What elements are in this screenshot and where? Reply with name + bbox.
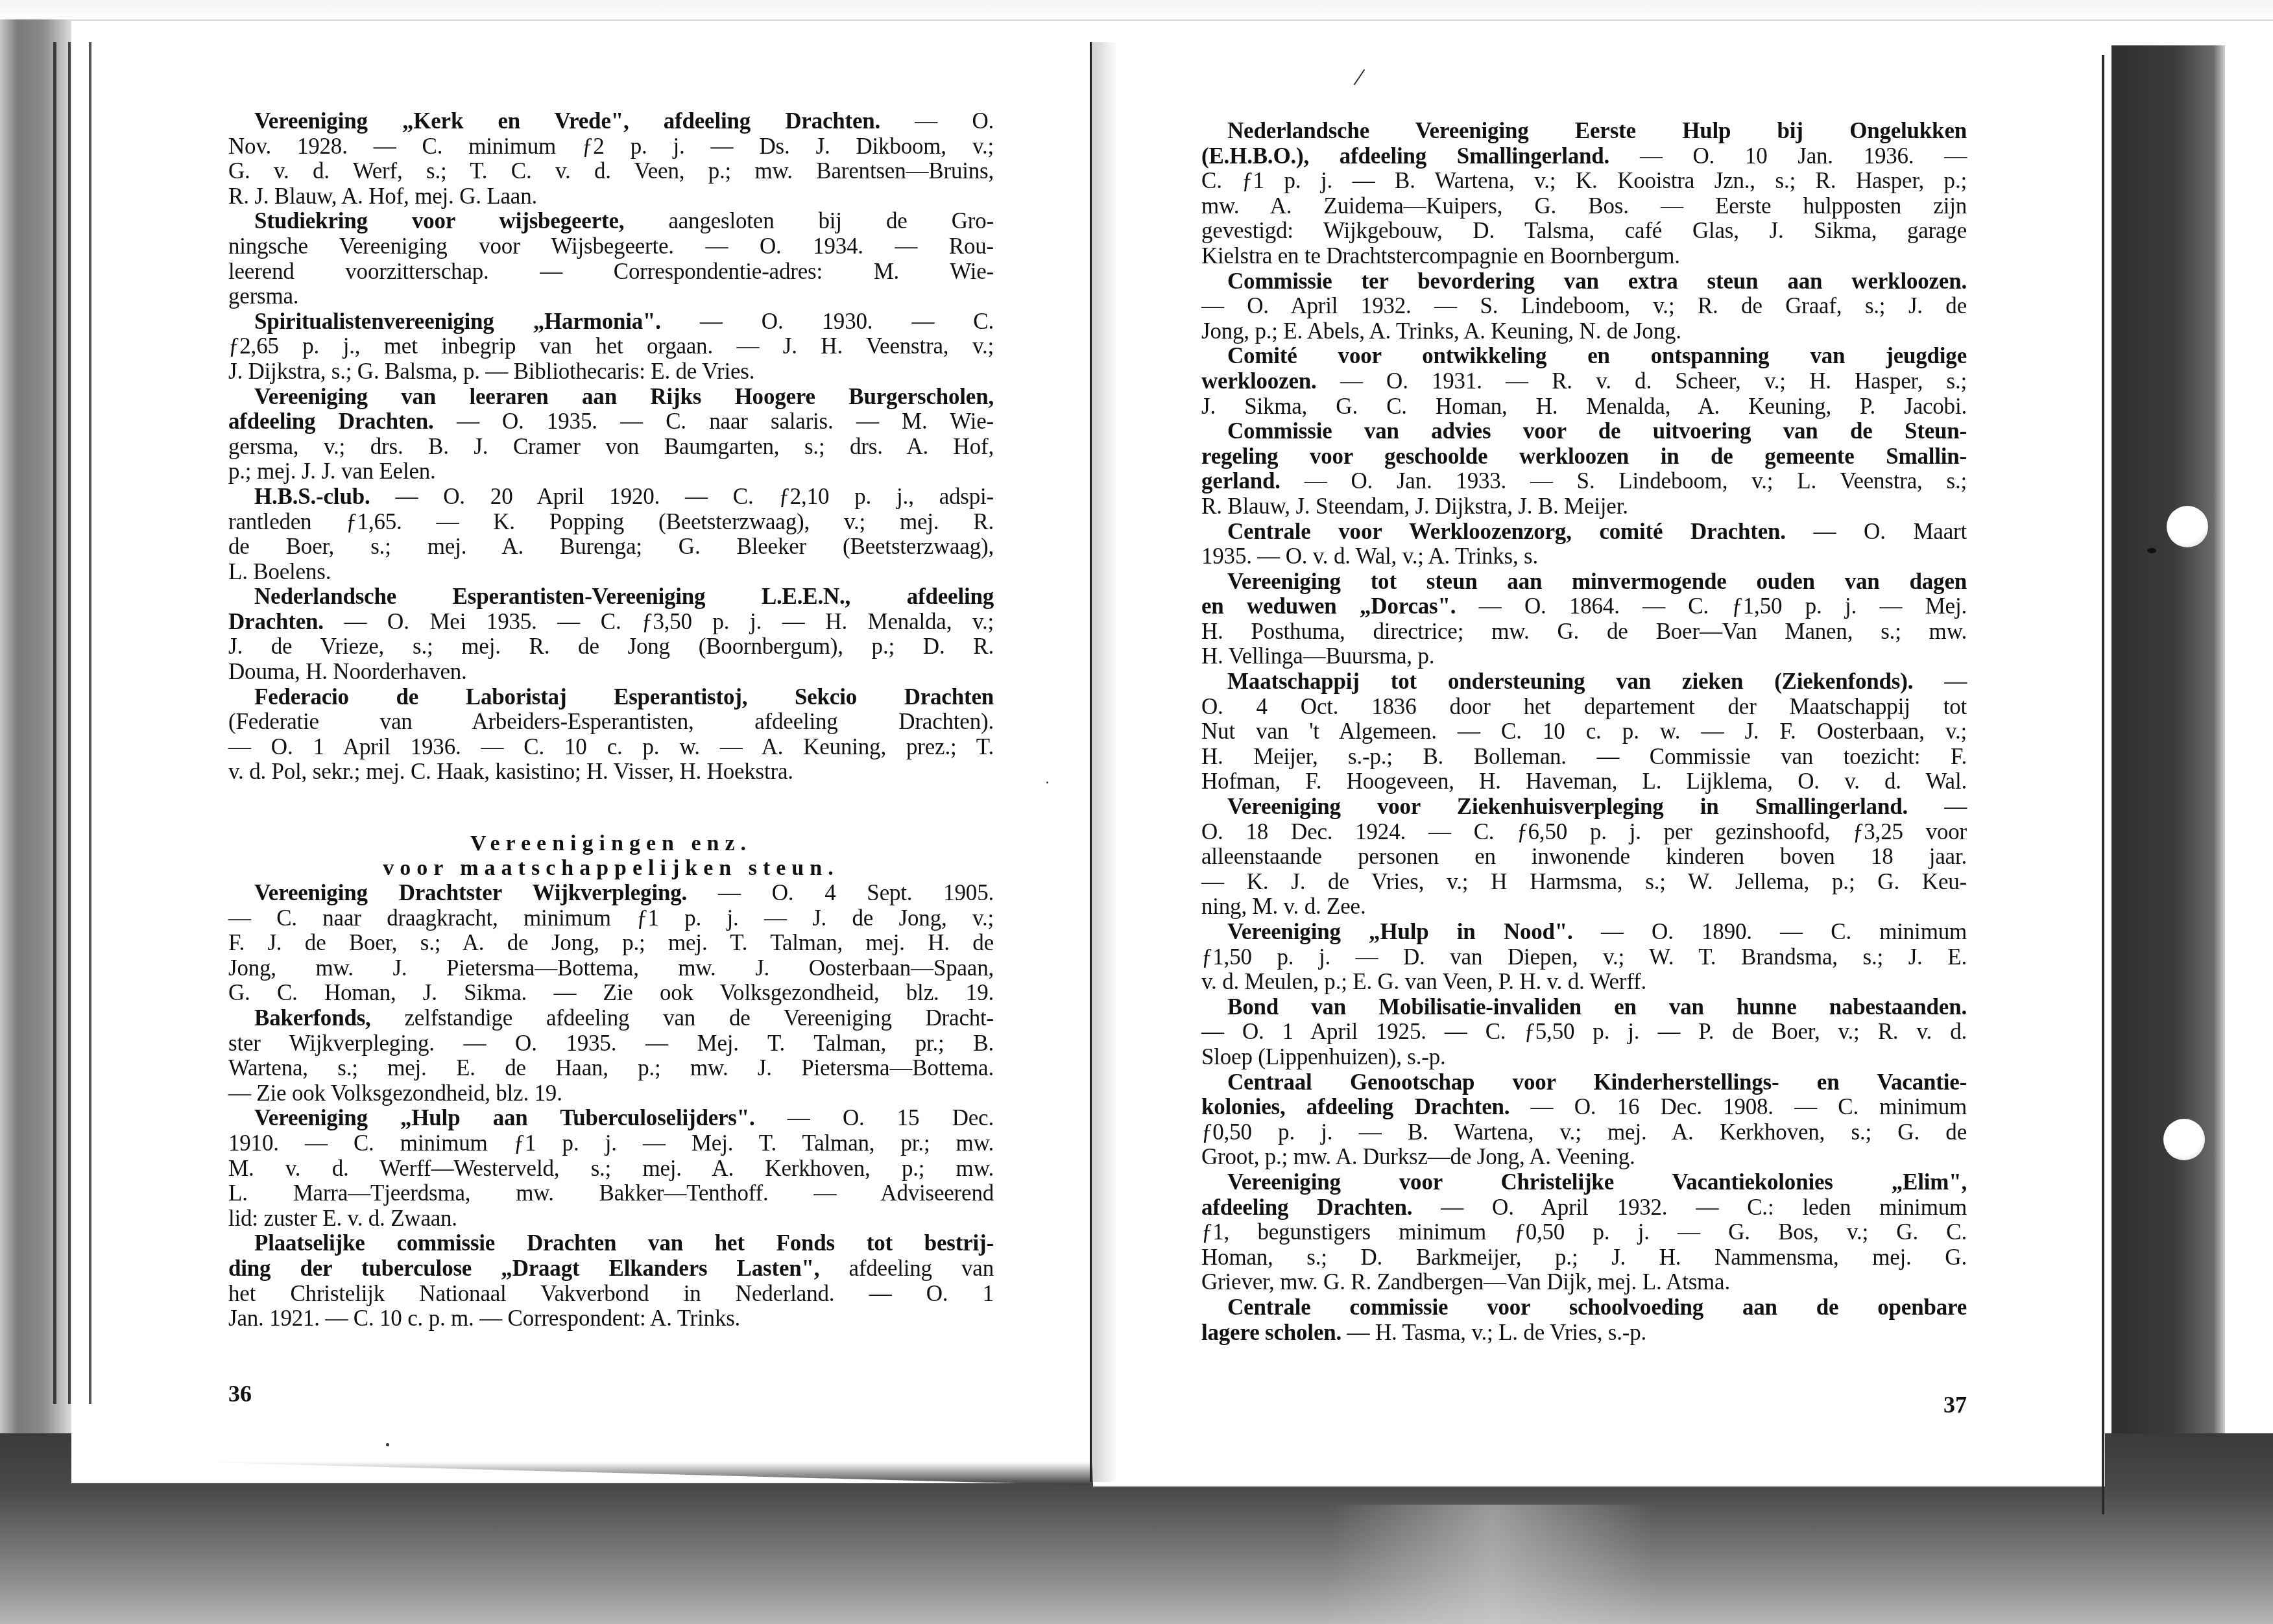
entry-details: — O. 4 Sept. 1905. — [687, 880, 994, 905]
entry-organization-name: Centrale voor Werkloozenzorg, comité Dra… — [1227, 519, 1786, 544]
entry-line: H.B.S.-club. — O. 20 April 1920. — C. ƒ2… — [228, 484, 994, 510]
entry-details: O. 4 Oct. 1836 door het departement der … — [1201, 694, 1967, 719]
entry-line: F. J. de Boer, s.; A. de Jong, p.; mej. … — [228, 931, 994, 956]
entry-details: — Zie ook Volksgezondheid, blz. 19. — [228, 1081, 562, 1106]
entry-organization-name: Federacio de Laboristaj Esperantistoj, S… — [254, 684, 994, 710]
entry-details: — — [1913, 669, 1967, 694]
directory-entry: Vereeniging „Hulp aan Tuberculoselijders… — [228, 1106, 994, 1231]
entry-line: O. 4 Oct. 1836 door het departement der … — [1201, 695, 1967, 720]
entry-line: Centrale commissie voor schoolvoeding aa… — [1201, 1295, 1967, 1320]
section-heading-line-1: Vereenigingen enz. — [228, 831, 994, 856]
entry-line: Nederlandsche Vereeniging Eerste Hulp bi… — [1201, 119, 1967, 144]
entry-line: Centrale voor Werkloozenzorg, comité Dra… — [1201, 519, 1967, 545]
entry-line: rantleden ƒ1,65. — K. Popping (Beetsterz… — [228, 510, 994, 535]
entry-details: J. Sikma, G. C. Homan, H. Menalda, A. Ke… — [1201, 394, 1967, 419]
entry-details: Jong, p.; E. Abels, A. Trinks, A. Keunin… — [1201, 318, 1681, 344]
entry-organization-name: Vereeniging „Hulp aan Tuberculoselijders… — [254, 1105, 755, 1130]
entry-line: gersma, v.; drs. B. J. Cramer von Baumga… — [228, 435, 994, 460]
entry-line: p.; mej. J. J. van Eelen. — [228, 459, 994, 484]
entry-line: (Federatie van Arbeiders-Esperantisten, … — [228, 710, 994, 735]
entry-details: ƒ2,65 p. j., met inbegrip van het orgaan… — [228, 333, 994, 359]
entry-line: J. Sikma, G. C. Homan, H. Menalda, A. Ke… — [1201, 394, 1967, 420]
directory-entry: Centraal Genootschap voor Kinderherstell… — [1201, 1070, 1967, 1170]
directory-entry: Plaatselijke commissie Drachten van het … — [228, 1231, 994, 1331]
entry-line: ding der tuberculose „Draagt Elkanders L… — [228, 1256, 994, 1282]
entry-line: Nut van 't Algemeen. — C. 10 c. p. w. — … — [1201, 719, 1967, 745]
entry-line: Kielstra en te Drachtstercompagnie en Bo… — [1201, 244, 1967, 269]
directory-entry: Bond van Mobilisatie-invaliden en van hu… — [1201, 995, 1967, 1070]
entry-line: H. Vellinga—Buursma, p. — [1201, 644, 1967, 669]
left-entries-after-heading: Vereeniging Drachtster Wijkverpleging. —… — [228, 881, 994, 1331]
entry-organization-name: kolonies, afdeeling Drachten. — [1201, 1094, 1509, 1119]
entry-line: 1910. — C. minimum ƒ1 p. j. — Mej. T. Ta… — [228, 1131, 994, 1156]
entry-details: Douma, H. Noorderhaven. — [228, 659, 467, 684]
entry-details: — O. 1890. — C. minimum — [1573, 919, 1967, 944]
dust-speck — [386, 1443, 389, 1446]
directory-entry: Vereeniging tot steun aan minvermogende … — [1201, 569, 1967, 669]
entry-details: (Federatie van Arbeiders-Esperantisten, … — [228, 709, 994, 734]
entry-details: J. Dijkstra, s.; G. Balsma, p. — Bibliot… — [228, 359, 754, 384]
entry-details: rantleden ƒ1,65. — K. Popping (Beetsterz… — [228, 509, 994, 534]
entry-line: leerend voorzitterschap. — Correspondent… — [228, 259, 994, 285]
entry-details: de Boer, s.; mej. A. Burenga; G. Bleeker… — [228, 534, 994, 559]
entry-details: — O. Jan. 1933. — S. Lindeboom, v.; L. V… — [1281, 468, 1967, 494]
directory-entry: Vereeniging voor Ziekenhuisverpleging in… — [1201, 794, 1967, 920]
entry-line: gevestigd: Wijkgebouw, D. Talsma, café G… — [1201, 219, 1967, 244]
entry-details: — O. 1 April 1925. — C. ƒ5,50 p. j. — P.… — [1201, 1019, 1967, 1044]
entry-details: het Christelijk Nationaal Vakverbond in … — [228, 1281, 994, 1306]
entry-details: gersma. — [228, 283, 298, 309]
entry-line: Centraal Genootschap voor Kinderherstell… — [1201, 1070, 1967, 1095]
entry-organization-name: Plaatselijke commissie Drachten van het … — [254, 1230, 994, 1256]
entry-details: ƒ0,50 p. j. — B. Wartena, v.; mej. A. Ke… — [1201, 1119, 1967, 1145]
entry-line: R. J. Blauw, A. Hof, mej. G. Laan. — [228, 184, 994, 209]
entry-organization-name: lagere scholen. — [1201, 1320, 1341, 1345]
directory-entry: Vereeniging Drachtster Wijkverpleging. —… — [228, 881, 994, 1006]
entry-details: J. de Vrieze, s.; mej. R. de Jong (Boorn… — [228, 634, 994, 659]
directory-entry: Vereeniging „Kerk en Vrede", afdeeling D… — [228, 109, 994, 209]
entry-organization-name: afdeeling Drachten. — [228, 409, 434, 434]
entry-details: — O. 1935. — C. naar salaris. — M. Wie- — [434, 409, 994, 434]
entry-details: — O. Mei 1935. — C. ƒ3,50 p. j. — H. Men… — [324, 609, 994, 634]
entry-line: Drachten. — O. Mei 1935. — C. ƒ3,50 p. j… — [228, 610, 994, 635]
entry-details: — O. 1864. — C. ƒ1,50 p. j. — Mej. — [1456, 593, 1967, 619]
entry-line: werkloozen. — O. 1931. — R. v. d. Scheer… — [1201, 369, 1967, 394]
directory-entry: Commissie ter bevordering van extra steu… — [1201, 269, 1967, 344]
entry-organization-name: Spiritualistenvereeniging „Harmonia". — [254, 309, 661, 334]
entry-organization-name: Bakerfonds, — [254, 1005, 371, 1031]
entry-line: — Zie ook Volksgezondheid, blz. 19. — [228, 1081, 994, 1106]
entry-line: gerland. — O. Jan. 1933. — S. Lindeboom,… — [1201, 469, 1967, 494]
entry-line: ƒ0,50 p. j. — B. Wartena, v.; mej. A. Ke… — [1201, 1120, 1967, 1145]
entry-line: Vereeniging van leeraren aan Rijks Hooge… — [228, 385, 994, 410]
directory-entry: Nederlandsche Esperantisten-Vereeniging … — [228, 584, 994, 684]
entry-line: Studiekring voor wijsbegeerte, aangeslot… — [228, 209, 994, 234]
entry-details: mw. A. Zuidema—Kuipers, G. Bos. — Eerste… — [1201, 193, 1967, 219]
entry-details: — O. April 1932. — C.: leden minimum — [1412, 1195, 1967, 1220]
entry-line: — C. naar draagkracht, minimum ƒ1 p. j. … — [228, 906, 994, 931]
entry-line: Vereeniging Drachtster Wijkverpleging. —… — [228, 881, 994, 906]
entry-details: Jong, mw. J. Pietersma—Bottema, mw. J. O… — [228, 955, 994, 981]
entry-details: ningsche Vereeniging voor Wijsbegeerte. … — [228, 233, 994, 259]
entry-organization-name: Commissie van advies voor de uitvoering … — [1227, 418, 1967, 444]
entry-line: gersma. — [228, 284, 994, 309]
entry-line: Bond van Mobilisatie-invaliden en van hu… — [1201, 995, 1967, 1020]
entry-details: leerend voorzitterschap. — Correspondent… — [228, 259, 994, 284]
punch-hole-lower — [2163, 1119, 2205, 1160]
entry-line: Vereeniging tot steun aan minvermogende … — [1201, 569, 1967, 595]
entry-details: ƒ1,50 p. j. — D. van Diepen, v.; W. T. B… — [1201, 944, 1967, 970]
entry-line: Federacio de Laboristaj Esperantistoj, S… — [228, 685, 994, 710]
entry-line: 1935. — O. v. d. Wal, v.; A. Trinks, s. — [1201, 544, 1967, 569]
entry-details: Sloep (Lippenhuizen), s.-p. — [1201, 1044, 1446, 1069]
entry-details: — O. Maart — [1786, 519, 1967, 544]
entry-organization-name: Vereeniging „Kerk en Vrede", afdeeling D… — [254, 108, 880, 134]
entry-line: — K. J. de Vries, v.; H Harmsma, s.; W. … — [1201, 870, 1967, 895]
entry-line: afdeeling Drachten. — O. April 1932. — C… — [1201, 1195, 1967, 1221]
entry-details: Hofman, F. Hoogeveen, H. Haveman, L. Lij… — [1201, 769, 1967, 794]
entry-line: Vereeniging voor Ziekenhuisverpleging in… — [1201, 794, 1967, 820]
entry-details: O. 18 Dec. 1924. — C. ƒ6,50 p. j. per ge… — [1201, 819, 1967, 844]
directory-entry: Maatschappij tot ondersteuning van zieke… — [1201, 669, 1967, 794]
entry-line: Wartena, s.; mej. E. de Haan, p.; mw. J.… — [228, 1056, 994, 1081]
entry-line: ƒ2,65 p. j., met inbegrip van het orgaan… — [228, 334, 994, 359]
entry-line: Hofman, F. Hoogeveen, H. Haveman, L. Lij… — [1201, 769, 1967, 794]
ink-mark — [2147, 548, 2156, 553]
left-page-text-column: Vereeniging „Kerk en Vrede", afdeeling D… — [228, 109, 994, 1331]
right-book-edge-shadow — [2111, 45, 2225, 1518]
entry-line: Jong, mw. J. Pietersma—Bottema, mw. J. O… — [228, 956, 994, 981]
entry-details: 1910. — C. minimum ƒ1 p. j. — Mej. T. Ta… — [228, 1130, 994, 1156]
entry-organization-name: werkloozen. — [1201, 368, 1317, 394]
directory-entry: Federacio de Laboristaj Esperantistoj, S… — [228, 685, 994, 785]
section-heading-line-2: voor maatschappelijken steun. — [228, 856, 994, 881]
entry-line: Spiritualistenvereeniging „Harmonia". — … — [228, 309, 994, 335]
entry-details: F. J. de Boer, s.; A. de Jong, p.; mej. … — [228, 930, 994, 955]
entry-details: — O. — [880, 108, 994, 134]
entry-details: Jan. 1921. — C. 10 c. p. m. — Correspond… — [228, 1306, 740, 1331]
right-page-text-column: Nederlandsche Vereeniging Eerste Hulp bi… — [1201, 119, 1967, 1345]
entry-line: Commissie van advies voor de uitvoering … — [1201, 419, 1967, 444]
entry-organization-name: Centrale commissie voor schoolvoeding aa… — [1227, 1295, 1967, 1320]
entry-line: H. Posthuma, directrice; mw. G. de Boer—… — [1201, 619, 1967, 645]
entry-details: gersma, v.; drs. B. J. Cramer von Baumga… — [228, 434, 994, 459]
scanner-top-margin — [0, 0, 2273, 21]
entry-line: lagere scholen. — H. Tasma, v.; L. de Vr… — [1201, 1320, 1967, 1346]
entry-details: — H. Tasma, v.; L. de Vries, s.-p. — [1341, 1320, 1646, 1345]
entry-line: Jong, p.; E. Abels, A. Trinks, A. Keunin… — [1201, 319, 1967, 344]
entry-line: ƒ1, begunstigers minimum ƒ0,50 p. j. — G… — [1201, 1220, 1967, 1245]
entry-details: aangesloten bij de Gro- — [624, 208, 994, 233]
punch-hole-upper — [2167, 506, 2208, 547]
entry-details: — O. 1 April 1936. — C. 10 c. p. w. — A.… — [228, 734, 994, 759]
entry-details: H. Vellinga—Buursma, p. — [1201, 643, 1434, 669]
entry-line: Maatschappij tot ondersteuning van zieke… — [1201, 669, 1967, 695]
entry-details: Kielstra en te Drachtstercompagnie en Bo… — [1201, 243, 1680, 269]
entry-organization-name: Nederlandsche Vereeniging Eerste Hulp bi… — [1227, 118, 1967, 143]
entry-line: — O. 1 April 1936. — C. 10 c. p. w. — A.… — [228, 735, 994, 760]
entry-line: Sloep (Lippenhuizen), s.-p. — [1201, 1045, 1967, 1070]
entry-line: — O. 1 April 1925. — C. ƒ5,50 p. j. — P.… — [1201, 1020, 1967, 1045]
entry-line: ningsche Vereeniging voor Wijsbegeerte. … — [228, 234, 994, 259]
entry-organization-name: Centraal Genootschap voor Kinderherstell… — [1227, 1069, 1967, 1095]
entry-line: — O. April 1932. — S. Lindeboom, v.; R. … — [1201, 294, 1967, 319]
section-spacer — [228, 785, 994, 831]
entry-line: Comité voor ontwikkeling en ontspanning … — [1201, 344, 1967, 369]
entry-line: ster Wijkverpleging. — O. 1935. — Mej. T… — [228, 1031, 994, 1057]
entry-line: Groot, p.; mw. A. Durksz—de Jong, A. Vee… — [1201, 1145, 1967, 1170]
entry-organization-name: Maatschappij tot ondersteuning van zieke… — [1227, 669, 1913, 694]
entry-line: afdeeling Drachten. — O. 1935. — C. naar… — [228, 409, 994, 435]
entry-organization-name: Vereeniging „Hulp in Nood". — [1227, 919, 1573, 944]
entry-line: mw. A. Zuidema—Kuipers, G. Bos. — Eerste… — [1201, 194, 1967, 219]
entry-details: H. Meijer, s.-p.; B. Bolleman. — Commiss… — [1201, 744, 1967, 769]
entry-line: Griever, mw. G. R. Zandbergen—Van Dijk, … — [1201, 1270, 1967, 1295]
directory-entry: Vereeniging van leeraren aan Rijks Hooge… — [228, 385, 994, 484]
entry-organization-name: Vereeniging voor Christelijke Vacantieko… — [1227, 1169, 1967, 1195]
entry-line: Nov. 1928. — C. minimum ƒ2 p. j. — Ds. J… — [228, 134, 994, 160]
entry-line: v. d. Pol, sekr.; mej. C. Haak, kasistin… — [228, 759, 994, 785]
entry-line: R. Blauw, J. Steendam, J. Dijkstra, J. B… — [1201, 494, 1967, 519]
entry-line: J. Dijkstra, s.; G. Balsma, p. — Bibliot… — [228, 359, 994, 385]
entry-organization-name: Vereeniging van leeraren aan Rijks Hooge… — [254, 384, 994, 409]
entry-organization-name: Nederlandsche Esperantisten-Vereeniging … — [254, 584, 994, 609]
entry-details: — — [1908, 794, 1967, 819]
left-entries-before-heading: Vereeniging „Kerk en Vrede", afdeeling D… — [228, 109, 994, 785]
entry-details: — O. 1931. — R. v. d. Scheer, v.; H. Has… — [1317, 368, 1967, 394]
entry-details: afdeeling van — [819, 1256, 994, 1281]
entry-details: 1935. — O. v. d. Wal, v.; A. Trinks, s. — [1201, 543, 1538, 569]
entry-details: ning, M. v. d. Zee. — [1201, 894, 1365, 919]
entry-line: Jan. 1921. — C. 10 c. p. m. — Correspond… — [228, 1306, 994, 1331]
entry-line: Commissie ter bevordering van extra steu… — [1201, 269, 1967, 294]
entry-organization-name: gerland. — [1201, 468, 1281, 494]
entry-line: J. de Vrieze, s.; mej. R. de Jong (Boorn… — [228, 634, 994, 660]
directory-entry: Studiekring voor wijsbegeerte, aangeslot… — [228, 209, 994, 309]
entry-line: Vereeniging „Hulp aan Tuberculoselijders… — [228, 1106, 994, 1131]
page-number-right: 37 — [1943, 1391, 1967, 1418]
entry-details: — O. 15 Dec. — [755, 1105, 994, 1130]
entry-line: Plaatselijke commissie Drachten van het … — [228, 1231, 994, 1256]
entry-organization-name: Vereeniging voor Ziekenhuisverpleging in… — [1227, 794, 1908, 819]
entry-details: Nov. 1928. — C. minimum ƒ2 p. j. — Ds. J… — [228, 134, 994, 159]
entry-details: C. ƒ1 p. j. — B. Wartena, v.; K. Kooistr… — [1201, 168, 1967, 193]
entry-line: Douma, H. Noorderhaven. — [228, 660, 994, 685]
directory-entry: Commissie van advies voor de uitvoering … — [1201, 419, 1967, 519]
entry-line: M. v. d. Werff—Westerveld, s.; mej. A. K… — [228, 1156, 994, 1182]
entry-line: G. v. d. Werf, s.; T. C. v. d. Veen, p.;… — [228, 159, 994, 184]
entry-line: en weduwen „Dorcas". — O. 1864. — C. ƒ1,… — [1201, 594, 1967, 619]
entry-line: Homan, s.; D. Barkmeijer, p.; J. H. Namm… — [1201, 1245, 1967, 1271]
entry-line: ƒ1,50 p. j. — D. van Diepen, v.; W. T. B… — [1201, 945, 1967, 970]
entry-organization-name: H.B.S.-club. — [254, 484, 370, 509]
entry-organization-name: Commissie ter bevordering van extra steu… — [1227, 269, 1967, 294]
entry-organization-name: Vereeniging Drachtster Wijkverpleging. — [254, 880, 687, 905]
entry-details: v. d. Pol, sekr.; mej. C. Haak, kasistin… — [228, 759, 793, 784]
entry-line: (E.H.B.O.), afdeeling Smallingerland. — … — [1201, 144, 1967, 169]
entry-details: — C. naar draagkracht, minimum ƒ1 p. j. … — [228, 905, 994, 931]
entry-organization-name: ding der tuberculose „Draagt Elkanders L… — [228, 1256, 819, 1281]
entry-line: regeling voor geschoolde werkloozen in d… — [1201, 444, 1967, 470]
entry-organization-name: Vereeniging tot steun aan minvermogende … — [1227, 569, 1967, 594]
entry-line: H. Meijer, s.-p.; B. Bolleman. — Commiss… — [1201, 745, 1967, 770]
bottom-shadow-highlight — [1330, 1505, 1654, 1624]
dust-speck — [1046, 782, 1048, 783]
entry-line: C. ƒ1 p. j. — B. Wartena, v.; K. Kooistr… — [1201, 169, 1967, 194]
entry-details: — O. 10 Jan. 1936. — — [1609, 143, 1967, 169]
entry-details: p.; mej. J. J. van Eelen. — [228, 459, 436, 484]
entry-details: L. Marra—Tjeerdsma, mw. Bakker—Tenthoff.… — [228, 1180, 994, 1206]
entry-organization-name: Comité voor ontwikkeling en ontspanning … — [1227, 343, 1967, 368]
entry-organization-name: regeling voor geschoolde werkloozen in d… — [1201, 444, 1967, 469]
entry-organization-name: (E.H.B.O.), afdeeling Smallingerland. — [1201, 143, 1609, 169]
directory-entry: H.B.S.-club. — O. 20 April 1920. — C. ƒ2… — [228, 484, 994, 584]
entry-details: H. Posthuma, directrice; mw. G. de Boer—… — [1201, 619, 1967, 644]
entry-line: Bakerfonds, zelfstandige afdeeling van d… — [228, 1006, 994, 1031]
entry-line: alleenstaande personen en inwonende kind… — [1201, 844, 1967, 870]
directory-entry: Centrale commissie voor schoolvoeding aa… — [1201, 1295, 1967, 1345]
gutter-shadow — [1092, 42, 1118, 1482]
directory-entry: Nederlandsche Vereeniging Eerste Hulp bi… — [1201, 119, 1967, 269]
entry-details: — O. 20 April 1920. — C. ƒ2,10 p. j., ad… — [370, 484, 994, 509]
directory-entry: Centrale voor Werkloozenzorg, comité Dra… — [1201, 519, 1967, 569]
directory-entry: Spiritualistenvereeniging „Harmonia". — … — [228, 309, 994, 385]
entry-details: L. Boelens. — [228, 559, 331, 584]
entry-line: ning, M. v. d. Zee. — [1201, 894, 1967, 920]
entry-details: M. v. d. Werff—Westerveld, s.; mej. A. K… — [228, 1156, 994, 1181]
right-page-edge-line — [2102, 55, 2104, 1514]
entry-line: het Christelijk Nationaal Vakverbond in … — [228, 1282, 994, 1307]
entry-details: G. v. d. Werf, s.; T. C. v. d. Veen, p.;… — [228, 158, 994, 184]
left-page-stack-edges — [53, 42, 91, 1404]
entry-organization-name: en weduwen „Dorcas". — [1201, 593, 1456, 619]
entry-details: ƒ1, begunstigers minimum ƒ0,50 p. j. — G… — [1201, 1219, 1967, 1245]
page-number-left: 36 — [228, 1380, 252, 1407]
entry-details: — K. J. de Vries, v.; H Harmsma, s.; W. … — [1201, 869, 1967, 894]
entry-line: Vereeniging „Hulp in Nood". — O. 1890. —… — [1201, 920, 1967, 945]
entry-line: L. Boelens. — [228, 560, 994, 585]
entry-organization-name: afdeeling Drachten. — [1201, 1195, 1412, 1220]
entry-line: O. 18 Dec. 1924. — C. ƒ6,50 p. j. per ge… — [1201, 820, 1967, 845]
entry-details: Groot, p.; mw. A. Durksz—de Jong, A. Vee… — [1201, 1144, 1635, 1169]
entry-details: gevestigd: Wijkgebouw, D. Talsma, café G… — [1201, 218, 1967, 243]
directory-entry: Vereeniging voor Christelijke Vacantieko… — [1201, 1170, 1967, 1295]
entry-details: R. J. Blauw, A. Hof, mej. G. Laan. — [228, 184, 537, 209]
directory-entry: Comité voor ontwikkeling en ontspanning … — [1201, 344, 1967, 419]
entry-line: v. d. Meulen, p.; E. G. van Veen, P. H. … — [1201, 970, 1967, 995]
entry-details: — O. 1930. — C. — [661, 309, 994, 334]
entry-line: kolonies, afdeeling Drachten. — O. 16 De… — [1201, 1095, 1967, 1120]
directory-entry: Vereeniging „Hulp in Nood". — O. 1890. —… — [1201, 920, 1967, 995]
entry-details: Griever, mw. G. R. Zandbergen—Van Dijk, … — [1201, 1269, 1730, 1295]
entry-organization-name: Bond van Mobilisatie-invaliden en van hu… — [1227, 994, 1967, 1020]
entry-line: Vereeniging voor Christelijke Vacantieko… — [1201, 1170, 1967, 1195]
entry-details: alleenstaande personen en inwonende kind… — [1201, 844, 1967, 869]
entry-details: ster Wijkverpleging. — O. 1935. — Mej. T… — [228, 1031, 994, 1056]
entry-details: — O. April 1932. — S. Lindeboom, v.; R. … — [1201, 293, 1967, 318]
entry-details: lid: zuster E. v. d. Zwaan. — [228, 1206, 457, 1231]
directory-entry: Bakerfonds, zelfstandige afdeeling van d… — [228, 1006, 994, 1106]
entry-line: Vereeniging „Kerk en Vrede", afdeeling D… — [228, 109, 994, 134]
entry-details: zelfstandige afdeeling van de Vereenigin… — [371, 1005, 994, 1031]
entry-details: Nut van 't Algemeen. — C. 10 c. p. w. — … — [1201, 719, 1967, 744]
entry-line: de Boer, s.; mej. A. Burenga; G. Bleeker… — [228, 534, 994, 560]
entry-line: G. C. Homan, J. Sikma. — Zie ook Volksge… — [228, 981, 994, 1006]
entry-details: v. d. Meulen, p.; E. G. van Veen, P. H. … — [1201, 969, 1646, 994]
entry-organization-name: Studiekring voor wijsbegeerte, — [254, 208, 624, 233]
entry-details: R. Blauw, J. Steendam, J. Dijkstra, J. B… — [1201, 494, 1628, 519]
entry-line: L. Marra—Tjeerdsma, mw. Bakker—Tenthoff.… — [228, 1181, 994, 1206]
right-entries: Nederlandsche Vereeniging Eerste Hulp bi… — [1201, 119, 1967, 1345]
entry-line: Nederlandsche Esperantisten-Vereeniging … — [228, 584, 994, 610]
entry-details: Wartena, s.; mej. E. de Haan, p.; mw. J.… — [228, 1055, 994, 1081]
entry-line: lid: zuster E. v. d. Zwaan. — [228, 1206, 994, 1232]
entry-details: G. C. Homan, J. Sikma. — Zie ook Volksge… — [228, 980, 994, 1005]
entry-details: Homan, s.; D. Barkmeijer, p.; J. H. Namm… — [1201, 1245, 1967, 1270]
entry-organization-name: Drachten. — [228, 609, 324, 634]
entry-details: — O. 16 Dec. 1908. — C. minimum — [1509, 1094, 1967, 1119]
